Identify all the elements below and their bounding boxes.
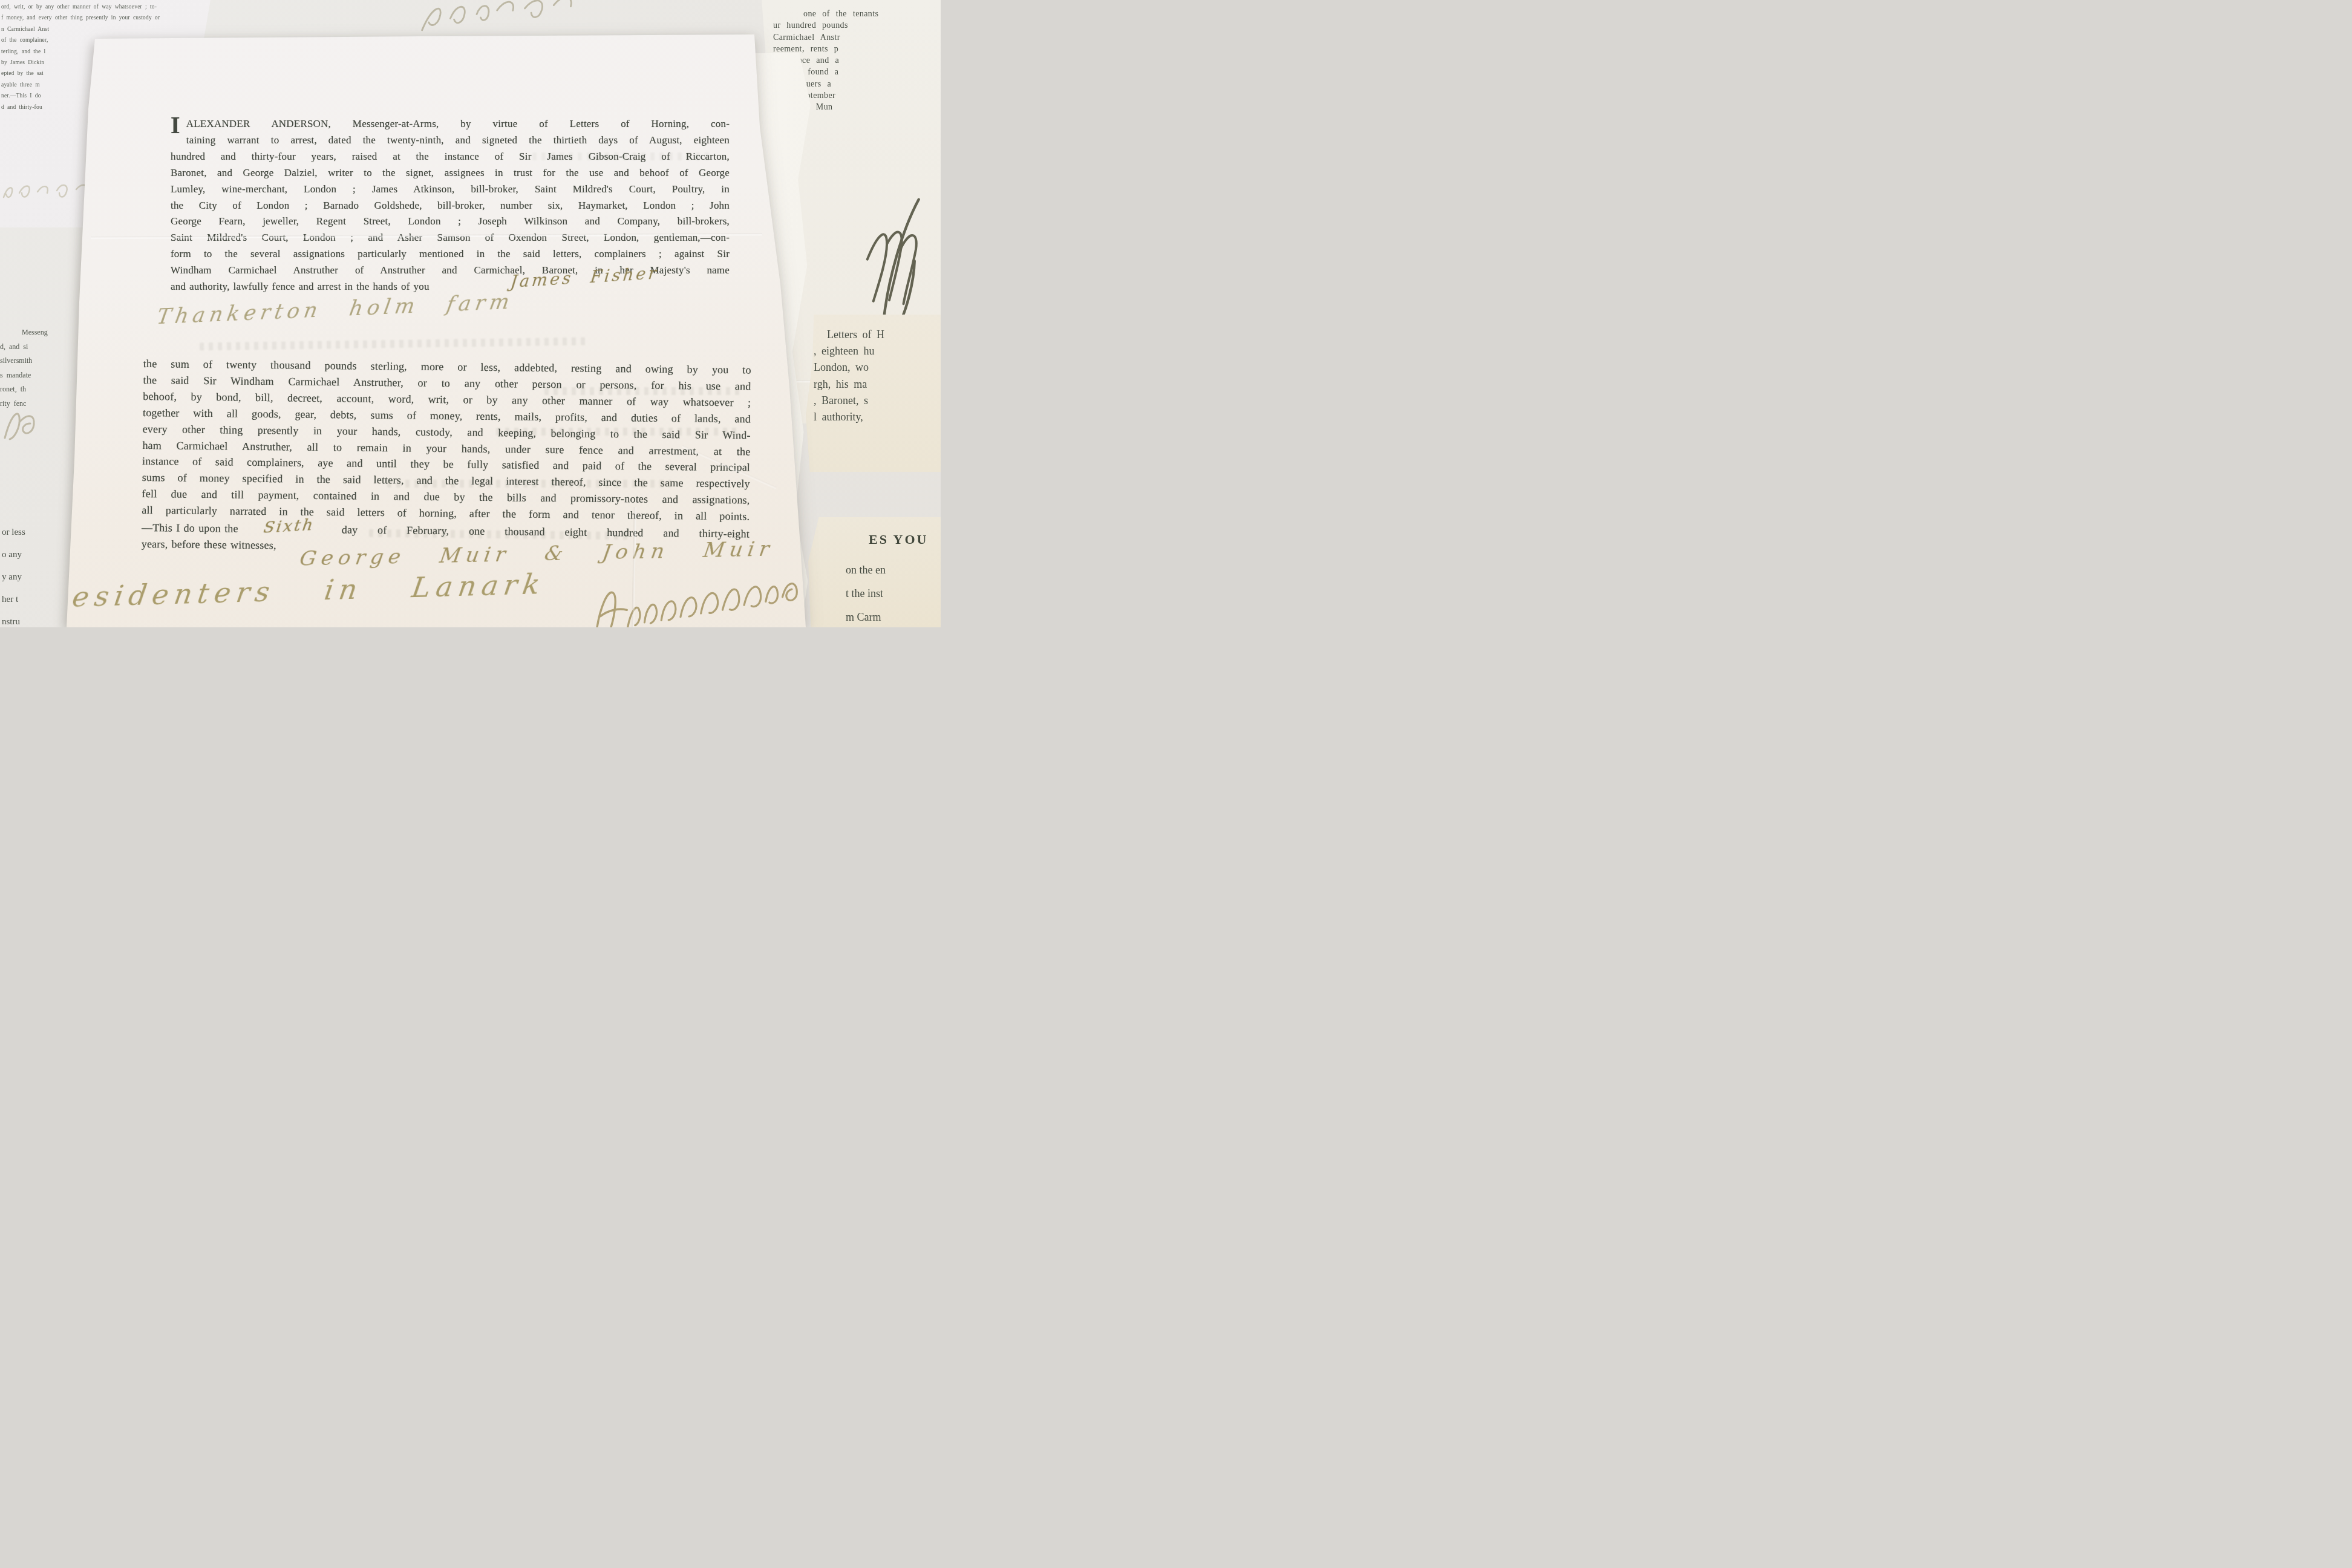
main-paragraph-2: the sum of twenty thousand pounds sterli…: [142, 356, 751, 558]
printed-line: form to the several assignations particu…: [171, 246, 730, 263]
printed-line: Baronet, and George Dalziel, writer to t…: [171, 165, 730, 181]
handwritten-place-name: Thankerton holm farm: [155, 290, 515, 329]
bleed-through-text: [496, 428, 738, 436]
main-document: IALEXANDER ANDERSON, Messenger-at-Arms, …: [0, 0, 941, 627]
bleed-through-text: [387, 480, 671, 488]
bleed-through-text: [532, 152, 714, 160]
printed-line: IALEXANDER ANDERSON, Messenger-at-Arms, …: [171, 116, 730, 132]
bleed-through-text: [544, 387, 744, 395]
main-document-wrapper: IALEXANDER ANDERSON, Messenger-at-Arms, …: [0, 0, 941, 627]
drop-cap-initial: I: [171, 117, 180, 133]
photograph-of-legal-documents: ord, writ, or by any other manner of way…: [0, 0, 941, 627]
handwritten-day: Sixth: [263, 517, 316, 537]
closing-prefix: —This I do upon the: [142, 520, 238, 537]
printed-line: taining warrant to arrest, dated the twe…: [171, 132, 730, 149]
printed-line: the City of London ; Barnado Goldshede, …: [171, 198, 730, 214]
bleed-through-text: [200, 338, 587, 351]
printed-line: George Fearn, jeweller, Regent Street, L…: [171, 214, 730, 230]
printed-line-text: ALEXANDER ANDERSON, Messenger-at-Arms, b…: [186, 118, 730, 129]
printed-line: Lumley, wine-merchant, London ; James At…: [171, 181, 730, 198]
handwritten-residence: Residenters in Lanark: [44, 568, 547, 615]
messenger-signature-flourish: [587, 575, 814, 627]
